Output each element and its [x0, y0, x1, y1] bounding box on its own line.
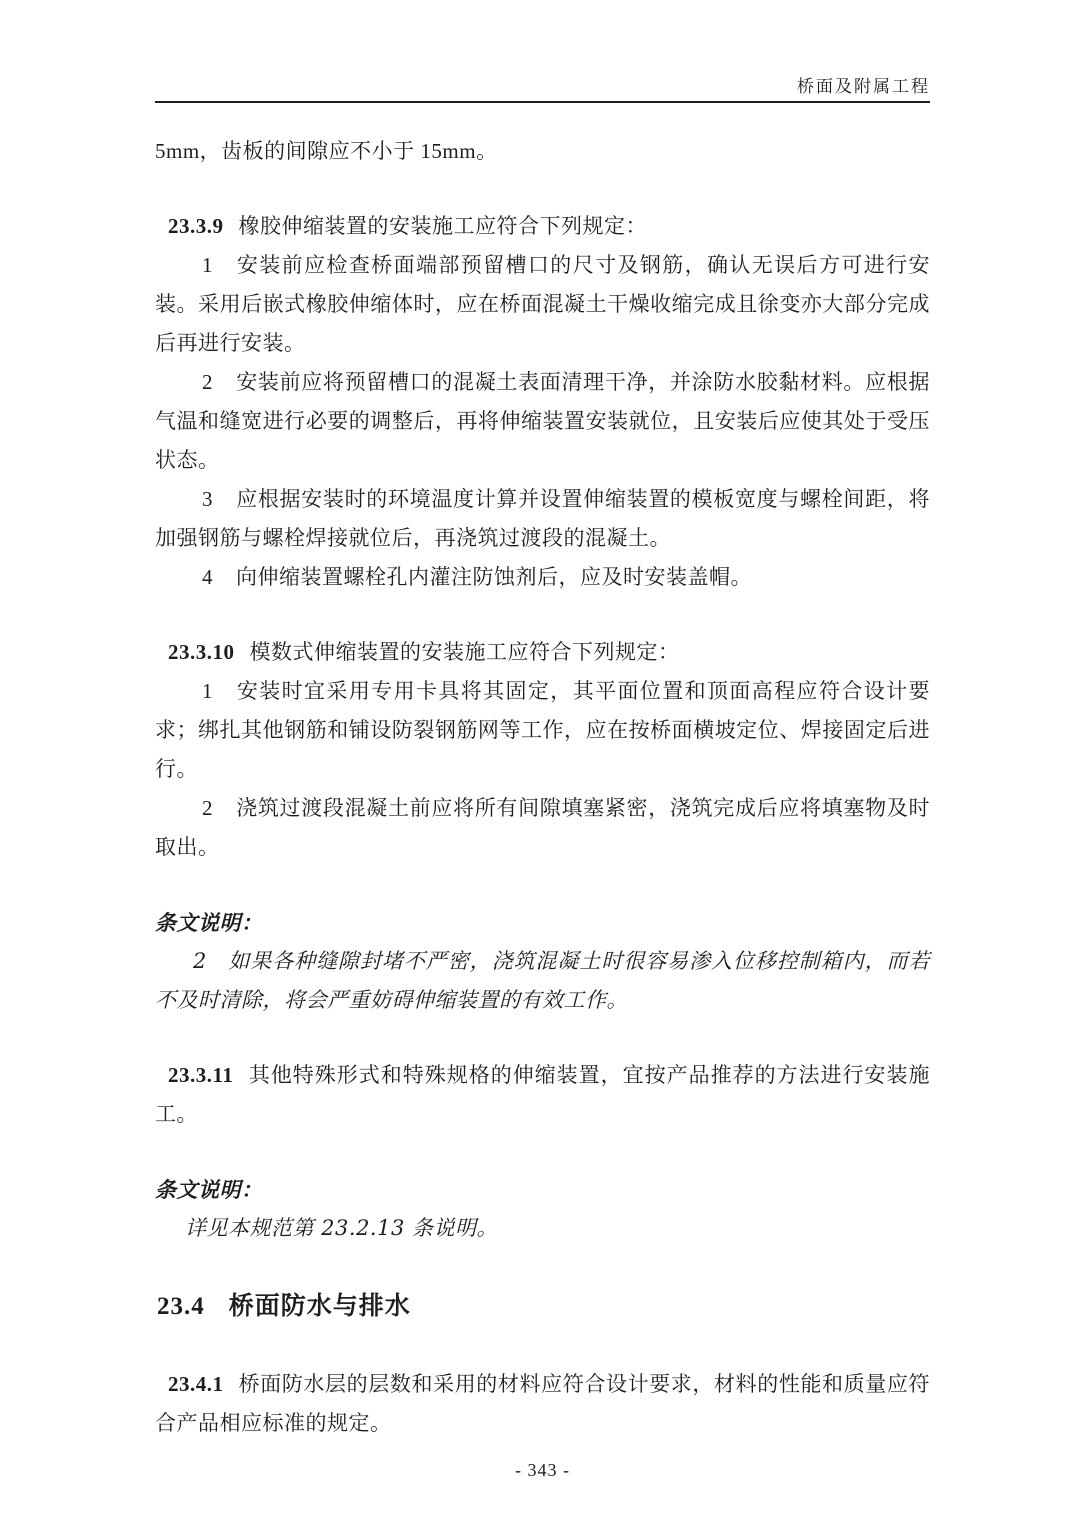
clause-number: 23.4.1 — [168, 1372, 224, 1396]
clause-23-3-9-item-1: 1安装前应检查桥面端部预留槽口的尺寸及钢筋，确认无误后方可进行安装。采用后嵌式橡… — [155, 246, 930, 363]
item-text: 浇筑过渡段混凝土前应将所有间隙填塞紧密，浇筑完成后应将填塞物及时取出。 — [155, 796, 930, 859]
paragraph-intro: 5mm，齿板的间隙应不小于 15mm。 — [155, 132, 930, 171]
commentary-2-text: 详见本规范第 23.2.13 条说明。 — [155, 1209, 930, 1248]
clause-23-3-10-heading: 23.3.10模数式伸缩装置的安装施工应符合下列规定： — [155, 633, 930, 672]
clause-23-3-11: 23.3.11其他特殊形式和特殊规格的伸缩装置，宜按产品推荐的方法进行安装施工。 — [155, 1056, 930, 1134]
document-page: 桥面及附属工程 5mm，齿板的间隙应不小于 15mm。 23.3.9橡胶伸缩装置… — [0, 0, 1074, 1520]
item-text: 向伸缩装置螺栓孔内灌注防蚀剂后，应及时安装盖帽。 — [236, 565, 752, 589]
clause-number: 23.3.10 — [168, 640, 235, 664]
item-number: 2 — [193, 949, 207, 973]
section-number: 23.4 — [157, 1293, 205, 1320]
clause-23-3-9-heading: 23.3.9橡胶伸缩装置的安装施工应符合下列规定： — [155, 207, 930, 246]
clause-23-3-10-item-2: 2浇筑过渡段混凝土前应将所有间隙填塞紧密，浇筑完成后应将填塞物及时取出。 — [155, 789, 930, 867]
clause-number: 23.3.9 — [168, 214, 224, 238]
item-number: 1 — [202, 679, 213, 703]
clause-text: 其他特殊形式和特殊规格的伸缩装置，宜按产品推荐的方法进行安装施工。 — [155, 1063, 930, 1126]
clause-23-3-9-item-3: 3应根据安装时的环境温度计算并设置伸缩装置的模板宽度与螺栓间距，将加强钢筋与螺栓… — [155, 480, 930, 558]
item-number: 1 — [202, 253, 213, 277]
clause-title: 橡胶伸缩装置的安装施工应符合下列规定： — [239, 214, 648, 238]
commentary-text: 如果各种缝隙封堵不严密，浇筑混凝土时很容易渗入位移控制箱内，而若不及时清除，将会… — [155, 949, 930, 1012]
header-running-title: 桥面及附属工程 — [797, 72, 930, 97]
clause-23-4-1: 23.4.1桥面防水层的层数和采用的材料应符合设计要求，材料的性能和质量应符合产… — [155, 1365, 930, 1443]
item-text: 安装前应将预留槽口的混凝土表面清理干净，并涂防水胶黏材料。应根据气温和缝宽进行必… — [155, 370, 930, 472]
item-text: 应根据安装时的环境温度计算并设置伸缩装置的模板宽度与螺栓间距，将加强钢筋与螺栓焊… — [155, 487, 930, 550]
clause-23-3-9-item-4: 4向伸缩装置螺栓孔内灌注防蚀剂后，应及时安装盖帽。 — [155, 558, 930, 597]
clause-title: 模数式伸缩装置的安装施工应符合下列规定： — [250, 640, 680, 664]
item-number: 2 — [202, 370, 213, 394]
item-text: 安装时宜采用专用卡具将其固定，其平面位置和顶面高程应符合设计要求；绑扎其他钢筋和… — [155, 679, 930, 781]
commentary-1-item: 2如果各种缝隙封堵不严密，浇筑混凝土时很容易渗入位移控制箱内，而若不及时清除，将… — [155, 942, 930, 1020]
page-number: - 343 - — [515, 1460, 570, 1480]
item-number: 3 — [202, 487, 213, 511]
item-number: 4 — [202, 565, 213, 589]
commentary-label-1: 条文说明： — [155, 903, 930, 942]
clause-text: 桥面防水层的层数和采用的材料应符合设计要求，材料的性能和质量应符合产品相应标准的… — [155, 1372, 930, 1435]
clause-number: 23.3.11 — [168, 1063, 233, 1087]
item-number: 2 — [202, 796, 213, 820]
commentary-label-2: 条文说明： — [155, 1170, 930, 1209]
item-text: 安装前应检查桥面端部预留槽口的尺寸及钢筋，确认无误后方可进行安装。采用后嵌式橡胶… — [155, 253, 930, 355]
page-footer: - 343 - — [155, 1455, 930, 1485]
clause-23-3-10-item-1: 1安装时宜采用专用卡具将其固定，其平面位置和顶面高程应符合设计要求；绑扎其他钢筋… — [155, 672, 930, 789]
section-title: 桥面防水与排水 — [229, 1292, 411, 1320]
section-23-4-heading: 23.4桥面防水与排水 — [155, 1284, 930, 1329]
page-header: 桥面及附属工程 — [155, 0, 930, 103]
clause-23-3-9-item-2: 2安装前应将预留槽口的混凝土表面清理干净，并涂防水胶黏材料。应根据气温和缝宽进行… — [155, 363, 930, 480]
